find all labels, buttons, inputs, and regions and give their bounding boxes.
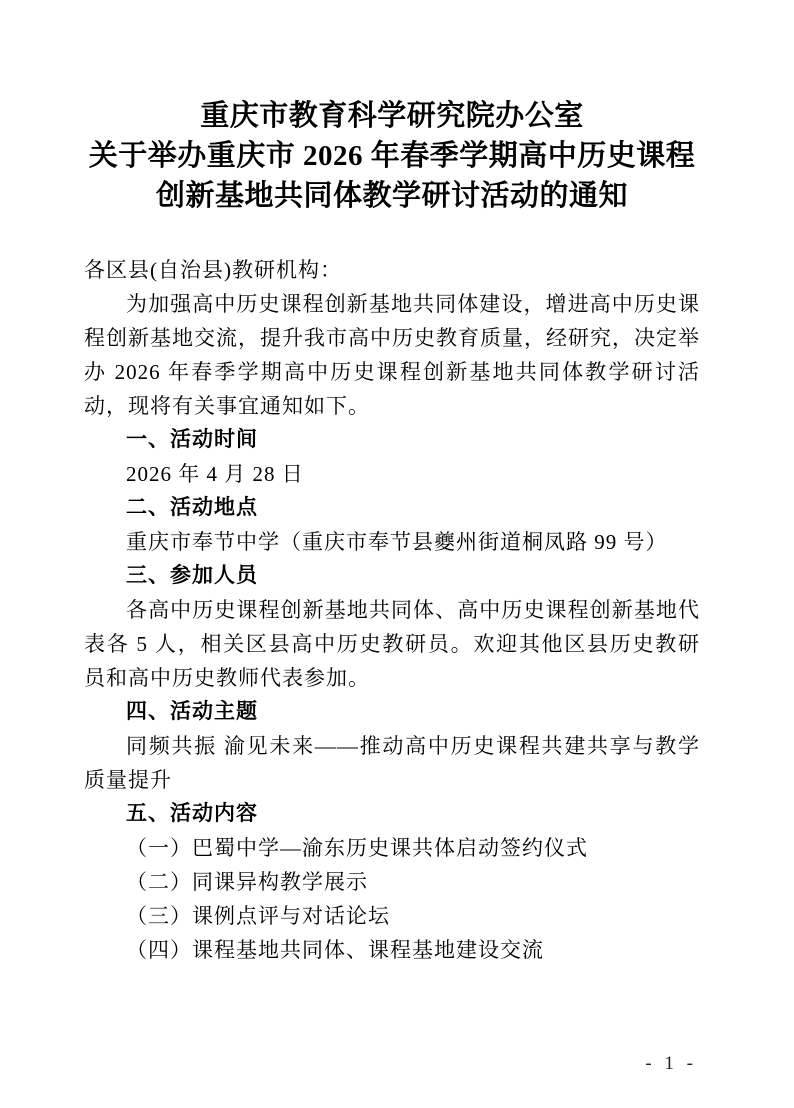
document-title-line-1: 重庆市教育科学研究院办公室 [84,96,700,136]
document-body: 各区县(自治县)教研机构： 为加强高中历史课程创新基地共同体建设，增进高中历史课… [84,253,700,967]
section-content-theme: 同频共振 渝见未来——推动高中历史课程共建共享与教学质量提升 [84,729,700,797]
activity-item-4: （四）课程基地共同体、课程基地建设交流 [84,933,700,967]
section-heading-time: 一、活动时间 [84,423,700,457]
section-content-participants: 各高中历史课程创新基地共同体、高中历史课程创新基地代表各 5 人，相关区县高中历… [84,593,700,695]
intro-paragraph: 为加强高中历史课程创新基地共同体建设，增进高中历史课程创新基地交流，提升我市高中… [84,287,700,423]
page-footer: - 1 - [645,1053,697,1075]
document-title: 重庆市教育科学研究院办公室 关于举办重庆市 2026 年春季学期高中历史课程 创… [84,96,700,216]
salutation: 各区县(自治县)教研机构： [84,253,700,287]
section-content-time: 2026 年 4 月 28 日 [84,457,700,491]
activity-item-2: （二）同课异构教学展示 [84,865,700,899]
notice-document-page: 重庆市教育科学研究院办公室 关于举办重庆市 2026 年春季学期高中历史课程 创… [0,0,794,1108]
document-title-line-2: 关于举办重庆市 2026 年春季学期高中历史课程 [84,136,700,176]
section-heading-theme: 四、活动主题 [84,695,700,729]
document-title-line-3: 创新基地共同体教学研讨活动的通知 [84,176,700,216]
section-heading-activities: 五、活动内容 [84,797,700,831]
section-content-location: 重庆市奉节中学（重庆市奉节县夔州街道桐凤路 99 号） [84,525,700,559]
document-content: 重庆市教育科学研究院办公室 关于举办重庆市 2026 年春季学期高中历史课程 创… [84,96,700,967]
section-heading-location: 二、活动地点 [84,491,700,525]
page-number: - 1 - [645,1053,697,1074]
activity-item-3: （三）课例点评与对话论坛 [84,899,700,933]
activity-item-1: （一）巴蜀中学—渝东历史课共体启动签约仪式 [84,831,700,865]
section-heading-participants: 三、参加人员 [84,559,700,593]
